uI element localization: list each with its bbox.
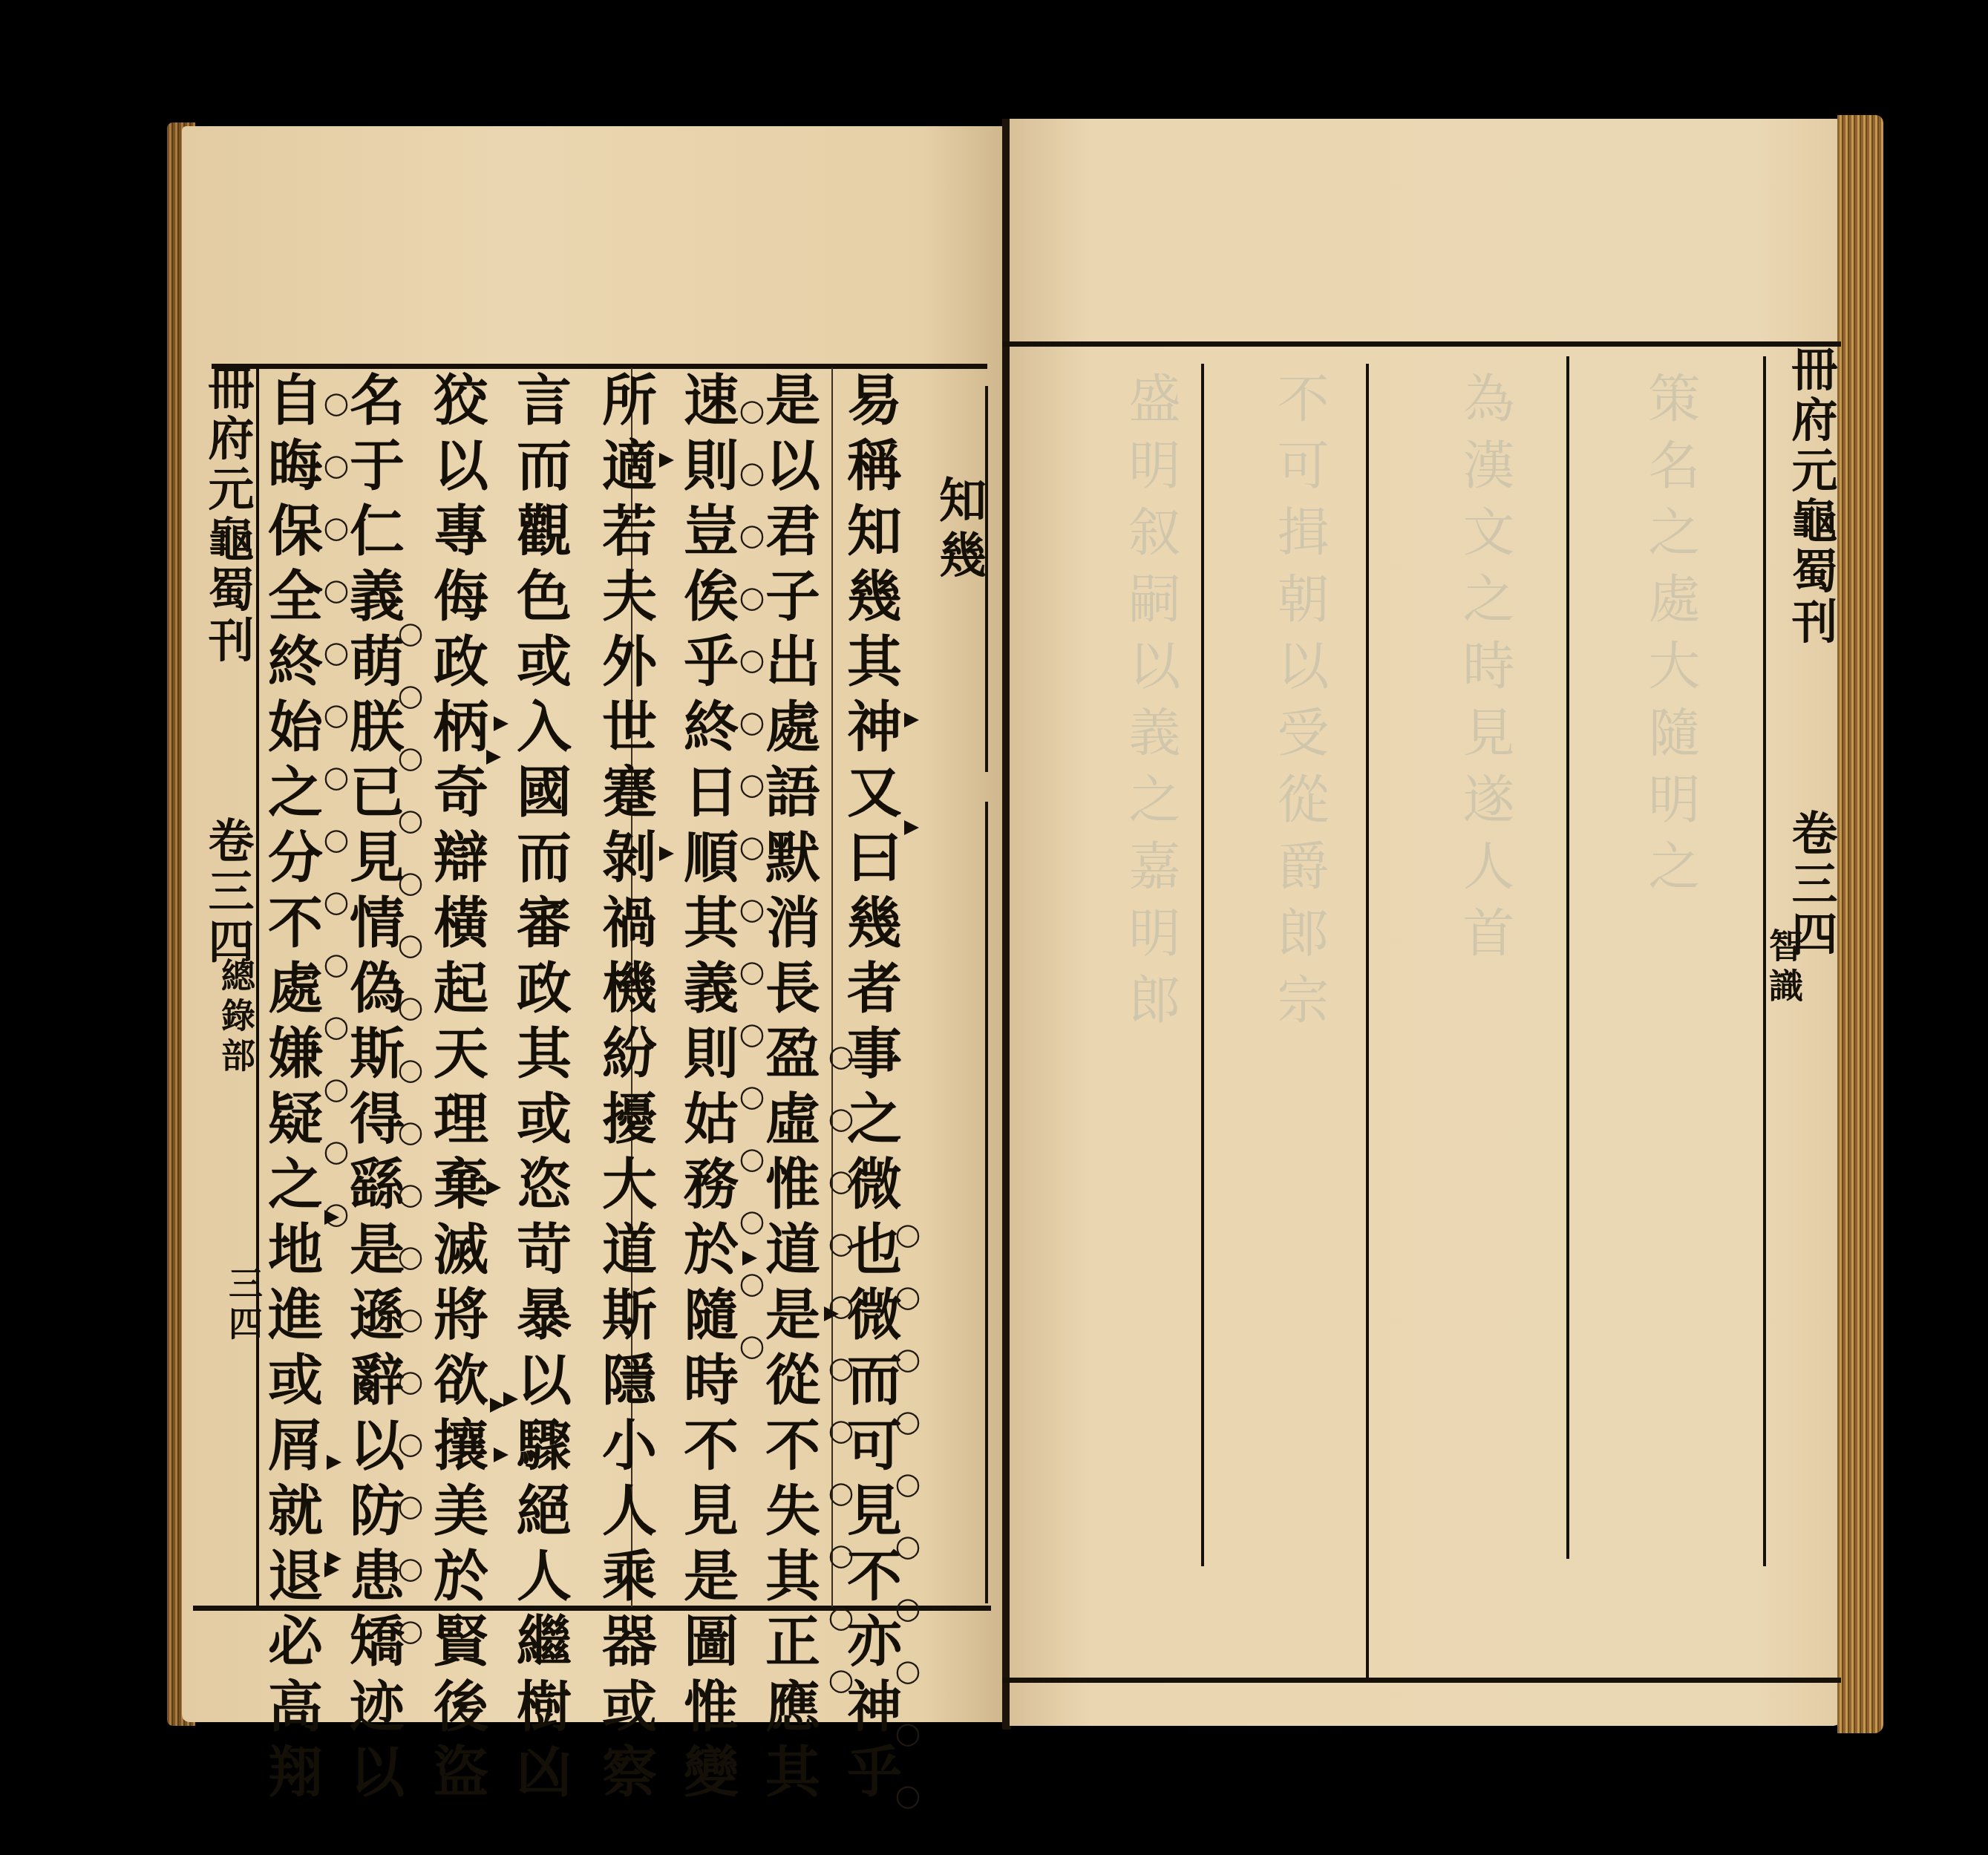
text-column-4: 所適若夫外世蹇剝禍機紛擾大道斯隱小人乘器或察	[598, 371, 653, 1808]
page-number: 三四	[219, 1266, 268, 1346]
annotation-circles: ○○○○○○○○○○○○○○	[319, 386, 353, 1259]
volume-number: 卷三四	[194, 817, 261, 968]
punctuation-mark	[486, 750, 501, 765]
punctuation-mark	[327, 1551, 341, 1566]
book-title: 冊府元龜蜀刊	[194, 364, 261, 667]
punctuation-mark	[659, 453, 674, 468]
punctuation-mark	[324, 1210, 339, 1225]
right-book-title: 冊府元龜蜀刊	[1778, 345, 1844, 648]
annotation-circles: ○○○○○○○○○○	[891, 1217, 925, 1841]
right-column-line	[1366, 364, 1369, 1678]
punctuation-mark	[742, 1251, 757, 1266]
annotation-circles: ○○○○○○○○○○○	[824, 1039, 858, 1725]
right-page-edges	[1837, 115, 1883, 1733]
annotation-circles: ○○○○○○○○○○○○○○○○	[735, 393, 769, 1391]
right-bottom-border	[1002, 1678, 1841, 1683]
right-column-line	[1201, 364, 1204, 1566]
right-top-border	[1002, 341, 1841, 347]
text-column-6: 狡以專侮政柄奇辯橫起天理棄滅將欲攘美於賢後盜	[429, 371, 484, 1808]
punctuation-mark	[904, 713, 919, 727]
bleed-through-text: 策名之處大隨明之	[1633, 371, 1708, 906]
annotation-circles: ○○○○○○○○○○○○○○○○○	[393, 616, 428, 1676]
bleed-through-text: 為漢文之時見遂人首	[1448, 371, 1523, 972]
left-top-border	[212, 364, 987, 369]
punctuation-mark	[327, 1455, 341, 1470]
punctuation-mark	[904, 820, 919, 835]
section-heading: 知幾	[924, 475, 993, 585]
punctuation-mark	[486, 1180, 501, 1195]
right-column-line	[1566, 356, 1569, 1559]
punctuation-mark	[490, 1398, 505, 1413]
right-section-name: 智識	[1759, 928, 1808, 1008]
punctuation-mark	[503, 1392, 518, 1407]
text-column-2: 是以君子出處語默消長盈虛惟道是從不失其正應其	[761, 371, 816, 1808]
text-column-3: 速則豈俟乎終日順其義則姑務於隨時不見是圖惟變	[679, 371, 734, 1808]
right-frame-border-lower	[985, 802, 988, 1603]
bleed-through-text: 盛明叙嗣以義之嘉明郎	[1114, 371, 1188, 1039]
text-column-5: 言而觀色或入國而審政其或恣苛暴以驟絕人繼樹凶	[512, 371, 567, 1808]
bleed-through-text: 不可揖朝以受從爵郎宗	[1262, 371, 1337, 1039]
section-name: 總錄部	[212, 958, 261, 1078]
punctuation-mark	[494, 716, 509, 731]
punctuation-mark	[659, 846, 674, 861]
punctuation-mark	[824, 1306, 839, 1321]
text-column-8: 自晦保全終始之分不處嫌疑之地進或屑就退必高翔	[264, 371, 318, 1808]
punctuation-mark	[494, 1447, 509, 1462]
text-column-7: 名于仁義萌朕已見情偽斯得繇是遜辭以防患矯迹以	[345, 371, 400, 1808]
